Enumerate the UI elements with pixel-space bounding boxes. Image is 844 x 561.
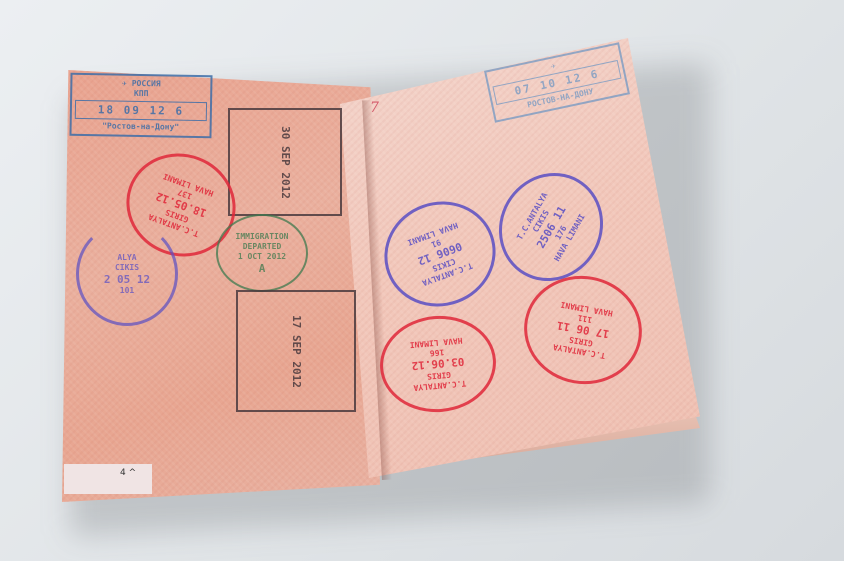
stamp-text: КПП <box>75 88 207 100</box>
stamp-date: 30 SEP 2012 <box>278 126 291 199</box>
stamp-date: 2 05 12 <box>104 273 150 286</box>
stamp-date: 1 OCT 2012 <box>238 252 286 262</box>
stamp-text: CIKIS <box>115 263 139 273</box>
stamp-text: "Ростов-на-Дону" <box>75 121 207 133</box>
stamp-text: 166 <box>429 347 444 358</box>
stamp-departure-30sep: 30 SEP 2012 <box>228 108 342 216</box>
page-label: 4 ^ <box>64 464 152 494</box>
stamp-text: IMMIGRATION <box>236 232 289 242</box>
stamp-text: 101 <box>120 286 134 296</box>
airplane-icon: ✈ <box>550 61 557 71</box>
stamp-date: 03.06.12 <box>411 355 465 373</box>
page-number: 7 <box>370 100 379 116</box>
stamp-text: GIRIS <box>427 369 452 381</box>
stamp-immigration-departed: IMMIGRATION DEPARTED 1 OCT 2012 A <box>216 214 308 292</box>
stamp-russia-kpp: ✈ РОССИЯ КПП 18 09 12 6 "Ростов-на-Дону" <box>69 73 212 138</box>
stamp-text: РОССИЯ <box>132 79 161 89</box>
stamp-entry-17sep: 17 SEP 2012 <box>236 290 356 412</box>
stamp-text: A <box>259 262 266 275</box>
stamp-antalya-cikis-1: ALYA CIKIS 2 05 12 101 <box>76 222 178 326</box>
stamp-text: ALYA <box>117 253 136 263</box>
stamp-date: 17 SEP 2012 <box>289 315 302 388</box>
stamp-text: DEPARTED <box>243 242 282 252</box>
stamp-date: 18 09 12 6 <box>75 100 207 121</box>
